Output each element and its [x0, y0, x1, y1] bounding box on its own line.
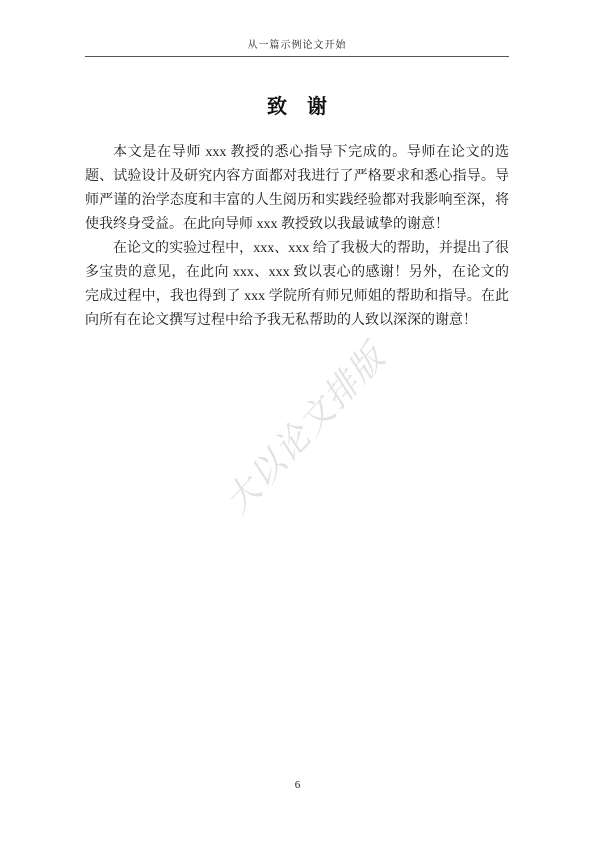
page-footer: 6	[0, 779, 595, 791]
running-header-title: 从一篇示例论文开始	[248, 40, 347, 51]
watermark-text: 大以论文排版	[211, 331, 394, 522]
running-header: 从一篇示例论文开始	[85, 36, 509, 57]
paragraph-acknowledgement-advisor: 本文是在导师 xxx 教授的悉心指导下完成的。导师在论文的选题、试验设计及研究内…	[85, 141, 509, 237]
page-number: 6	[295, 779, 301, 791]
document-page: 从一篇示例论文开始 致 谢 大以论文排版 本文是在导师 xxx 教授的悉心指导下…	[0, 0, 595, 842]
page-title: 致 谢	[85, 90, 509, 119]
body-text: 本文是在导师 xxx 教授的悉心指导下完成的。导师在论文的选题、试验设计及研究内…	[85, 141, 509, 333]
paragraph-acknowledgement-others: 在论文的实验过程中，xxx、xxx 给了我极大的帮助，并提出了很多宝贵的意见，在…	[85, 237, 509, 333]
